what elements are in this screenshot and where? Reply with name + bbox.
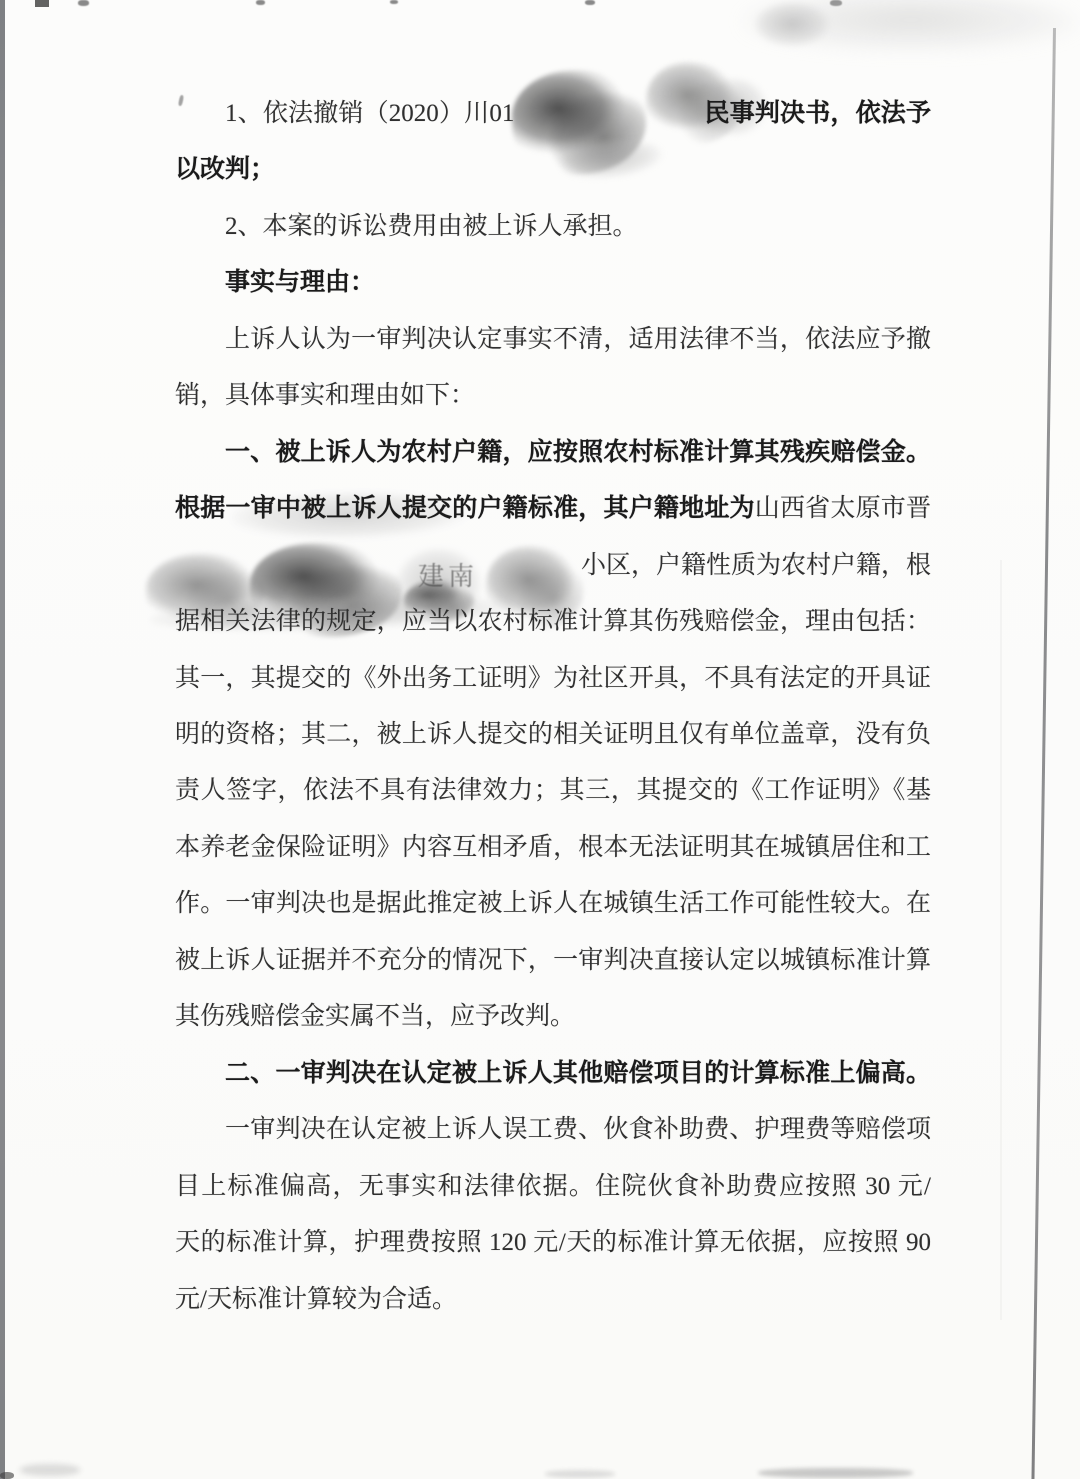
scan-bottom-smudge: [0, 1472, 14, 1479]
doc-line-3: 2、本案的诉讼费用由被上诉人承担。: [175, 199, 931, 255]
ink-wash: [742, 0, 1080, 54]
doc-line-17: 其伤残赔偿金实属不当，应予改判。: [175, 989, 931, 1045]
doc-line-10: 据相关法律的规定，应当以农村标准计算其伤残赔偿金，理由包括：: [175, 594, 931, 650]
text-segment: 二、一审判决在认定被上诉人其他赔偿项目的计算标准上偏高。: [225, 1060, 931, 1087]
page-edge-line: [1031, 28, 1056, 1479]
doc-line-14: 本养老金保险证明》内容互相矛盾，根本无法证明其在城镇居住和工: [175, 820, 931, 876]
scan-bottom-smudge: [545, 1470, 615, 1478]
text-segment: 其一，其提交的《外出务工证明》为社区开具，不具有法定的开具证: [175, 665, 931, 692]
doc-line-11: 其一，其提交的《外出务工证明》为社区开具，不具有法定的开具证: [175, 651, 931, 707]
text-segment: 被上诉人证据并不充分的情况下，一审判决直接认定以城镇标准计算: [175, 947, 931, 974]
text-segment: 据相关法律的规定，应当以农村标准计算其伤残赔偿金，理由包括：: [175, 608, 931, 635]
doc-line-12: 明的资格；其二，被上诉人提交的相关证明且仅有单位盖章，没有负: [175, 707, 931, 763]
text-segment: 天的标准计算，护理费按照 120 元/天的标准计算无依据，应按照 90: [175, 1229, 931, 1256]
scan-left-edge: [0, 0, 5, 1479]
scan-speck: [390, 0, 398, 4]
text-segment: 责人签字，依法不具有法律效力；其三，其提交的《工作证明》《基: [175, 777, 931, 804]
scan-corner-mark: [35, 0, 49, 7]
text-segment: 民事判决书，依法予: [704, 100, 931, 127]
doc-line-2: 以改判；: [175, 142, 931, 198]
page-crease: [1000, 560, 1002, 1320]
doc-line-9: 小区，户籍性质为农村户籍，根: [175, 538, 931, 594]
text-segment: 一、被上诉人为农村户籍，应按照农村标准计算其残疾赔偿金。: [225, 439, 931, 466]
text-segment: 销，具体事实和理由如下：: [175, 382, 475, 409]
ink-wash: [755, 2, 835, 50]
doc-line-5: 上诉人认为一审判决认定事实不清，适用法律不当，依法应予撤: [175, 312, 931, 368]
doc-line-20: 目上标准偏高，无事实和法律依据。住院伙食补助费应按照 30 元/: [175, 1159, 931, 1215]
doc-line-7: 一、被上诉人为农村户籍，应按照农村标准计算其残疾赔偿金。: [175, 425, 931, 481]
doc-line-1: 1、依法撤销（2020）川01民事判决书，依法予: [175, 86, 931, 142]
text-segment: 元/天标准计算较为合适。: [175, 1286, 457, 1313]
doc-line-4: 事实与理由：: [175, 255, 931, 311]
text-segment: 明的资格；其二，被上诉人提交的相关证明且仅有单位盖章，没有负: [175, 721, 931, 748]
doc-line-8: 根据一审中被上诉人提交的户籍标准，其户籍地址为山西省太原市晋: [175, 481, 931, 537]
scan-bottom-smudge: [20, 1464, 80, 1476]
scan-bottom-smudge: [758, 1468, 913, 1478]
text-segment: 本养老金保险证明》内容互相矛盾，根本无法证明其在城镇居住和工: [175, 834, 931, 861]
text-segment: 一审判决在认定被上诉人误工费、伙食补助费、护理费等赔偿项: [225, 1116, 931, 1143]
scan-speck: [830, 0, 842, 6]
text-segment: 1、依法撤销（2020）川01: [225, 100, 514, 127]
doc-line-6: 销，具体事实和理由如下：: [175, 368, 931, 424]
redacted-case-number-gap: [514, 115, 704, 116]
scan-speck: [585, 0, 595, 5]
scan-speck: [256, 0, 265, 5]
text-segment: 山西省太原市晋: [755, 495, 931, 522]
text-segment: 上诉人认为一审判决认定事实不清，适用法律不当，依法应予撤: [225, 326, 931, 353]
doc-line-18: 二、一审判决在认定被上诉人其他赔偿项目的计算标准上偏高。: [175, 1046, 931, 1102]
doc-line-22: 元/天标准计算较为合适。: [175, 1272, 931, 1328]
scanned-page: 建南 1、依法撤销（2020）川01民事判决书，依法予 以改判； 2、本案的诉讼…: [0, 0, 1080, 1479]
doc-line-21: 天的标准计算，护理费按照 120 元/天的标准计算无依据，应按照 90: [175, 1215, 931, 1271]
text-segment: 2、本案的诉讼费用由被上诉人承担。: [225, 213, 638, 240]
text-segment: 其伤残赔偿金实属不当，应予改判。: [175, 1003, 575, 1030]
document-text: 1、依法撤销（2020）川01民事判决书，依法予 以改判； 2、本案的诉讼费用由…: [175, 86, 931, 1328]
doc-line-19: 一审判决在认定被上诉人误工费、伙食补助费、护理费等赔偿项: [175, 1102, 931, 1158]
text-segment: 小区，户籍性质为农村户籍，根: [581, 552, 931, 579]
text-segment: 根据一审中被上诉人提交的户籍标准，其户籍地址为: [175, 495, 755, 522]
doc-line-13: 责人签字，依法不具有法律效力；其三，其提交的《工作证明》《基: [175, 763, 931, 819]
scan-speck: [78, 0, 89, 6]
doc-line-16: 被上诉人证据并不充分的情况下，一审判决直接认定以城镇标准计算: [175, 933, 931, 989]
text-segment: 目上标准偏高，无事实和法律依据。住院伙食补助费应按照 30 元/: [175, 1173, 931, 1200]
text-segment: 事实与理由：: [225, 269, 375, 296]
text-segment: 作。一审判决也是据此推定被上诉人在城镇生活工作可能性较大。在: [175, 890, 931, 917]
text-segment: 以改判；: [175, 156, 275, 183]
doc-line-15: 作。一审判决也是据此推定被上诉人在城镇生活工作可能性较大。在: [175, 876, 931, 932]
